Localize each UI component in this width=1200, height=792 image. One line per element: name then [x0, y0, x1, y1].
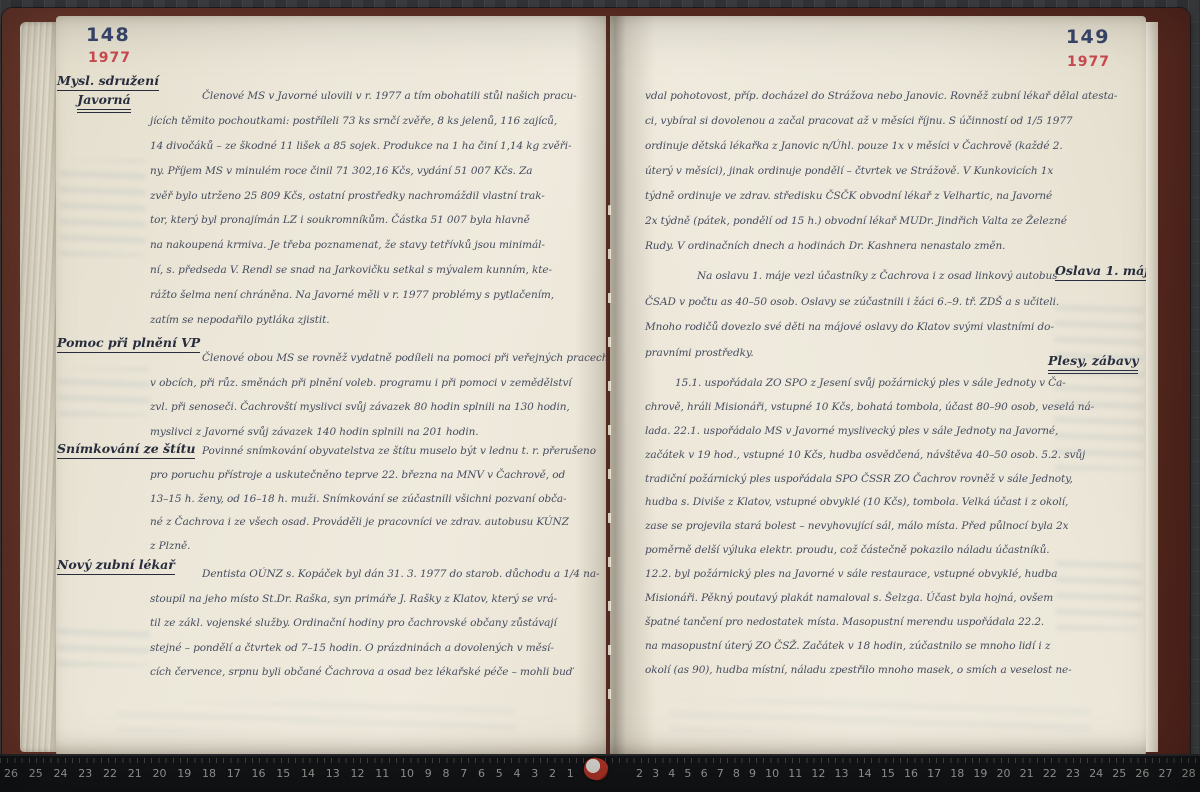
- ruler-number: 17: [227, 767, 241, 780]
- paragraph-public-works: Členové obou MS se rovněž vydatně podíle…: [150, 346, 606, 444]
- ruler-number: 10: [765, 767, 779, 780]
- ruler-number: 16: [904, 767, 918, 780]
- page-left-148: 148 1977 Mysl. sdružení Javorná Pomoc př…: [56, 16, 606, 756]
- ruler-number: 9: [749, 767, 756, 780]
- ruler-number: 21: [1020, 767, 1034, 780]
- ruler-number: 3: [531, 767, 538, 780]
- ruler-numbers-right: 2345678910111213141516171819202122232425…: [636, 767, 1196, 780]
- handwritten-line: týdně ordinuje ve zdrav. středisku ČSČK …: [645, 184, 1127, 209]
- ruler-number: 4: [514, 767, 521, 780]
- handwritten-line: stejné – pondělí a čtvrtek od 7–15 hodin…: [150, 636, 606, 661]
- paragraph-balls: 15.1. uspořádala ZO SPO z Jesení svůj po…: [645, 372, 1123, 683]
- ruler-number: 2: [549, 767, 556, 780]
- ruler-number: 2: [636, 767, 643, 780]
- ruler-number: 11: [375, 767, 389, 780]
- ruler-number: 24: [1089, 767, 1103, 780]
- handwritten-line: hudba s. Diviše z Klatov, vstupné obvykl…: [645, 491, 1123, 515]
- handwritten-line: ci, vybíral si dovolenou a začal pracova…: [645, 109, 1127, 134]
- handwritten-line: Povinné snímkování obyvatelstva ze štítu…: [150, 440, 606, 464]
- ruler-number: 28: [1182, 767, 1196, 780]
- paragraph-hunting: Členové MS v Javorné ulovili v r. 1977 a…: [150, 84, 606, 333]
- ruler-number: 8: [733, 767, 740, 780]
- handwritten-line: na masopustní úterý ZO ČSŽ. Začátek v 18…: [645, 635, 1123, 659]
- margin-heading-hunting-association: Mysl. sdružení Javorná: [57, 72, 151, 113]
- year-stamp-right: 1977: [1040, 54, 1110, 70]
- ruler-number: 25: [1112, 767, 1126, 780]
- scanned-chronicle-photo: 148 1977 Mysl. sdružení Javorná Pomoc př…: [0, 0, 1200, 792]
- handwritten-line: ordinuje dětská lékařka z Janovic n/Úhl.…: [645, 134, 1127, 159]
- handwritten-line: cích července, srpnu byli občané Čachrov…: [150, 660, 606, 685]
- ruler-number: 19: [177, 767, 191, 780]
- ink-bleed-through: [58, 368, 150, 416]
- handwritten-line: Na oslavu 1. máje vezl účastníky z Čachr…: [645, 264, 1127, 290]
- ruler-number: 18: [202, 767, 216, 780]
- page-number-right: 149: [1040, 26, 1110, 48]
- ink-bleed-through: [116, 702, 516, 732]
- ruler-number: 3: [652, 767, 659, 780]
- handwritten-line: zvěř bylo utrženo 25 809 Kčs, ostatní pr…: [150, 184, 606, 209]
- handwritten-line: úterý v měsíci), jinak ordinuje pondělí …: [645, 159, 1127, 184]
- paragraph-dentist: Dentista OÚNZ s. Kopáček byl dán 31. 3. …: [150, 562, 606, 685]
- ruler-number: 20: [997, 767, 1011, 780]
- ruler-number: 7: [460, 767, 467, 780]
- handwritten-line: na nakoupená krmiva. Je třeba poznamenat…: [150, 233, 606, 258]
- handwritten-line: pravními prostředky.: [645, 341, 1127, 367]
- ruler-number: 13: [835, 767, 849, 780]
- ruler-number: 22: [103, 767, 117, 780]
- ruler-number: 23: [78, 767, 92, 780]
- ruler-number: 23: [1066, 767, 1080, 780]
- year-stamp-left: 1977: [88, 50, 131, 66]
- ruler-number: 12: [811, 767, 825, 780]
- handwritten-line: zvl. při senoseči. Čachrovští myslivci s…: [150, 395, 606, 420]
- ruler-number: 16: [252, 767, 266, 780]
- ruler-number: 21: [128, 767, 142, 780]
- handwritten-line: ny. Příjem MS v minulém roce činil 71 30…: [150, 159, 606, 184]
- handwritten-line: poměrně delší výluka elektr. proudu, což…: [645, 539, 1123, 563]
- handwritten-line: né z Čachrova i ze všech osad. Prováděli…: [150, 511, 606, 535]
- ruler-number: 15: [881, 767, 895, 780]
- handwritten-line: Mnoho rodičů dovezlo své děti na májové …: [645, 315, 1127, 341]
- ruler-number: 7: [717, 767, 724, 780]
- ink-bleed-through: [670, 700, 1090, 732]
- page-stack-edge-left: [20, 22, 58, 752]
- handwritten-line: stoupil na jeho místo St.Dr. Raška, syn …: [150, 587, 606, 612]
- ruler-number: 6: [701, 767, 708, 780]
- ruler-number: 14: [301, 767, 315, 780]
- ruler-number: 27: [1159, 767, 1173, 780]
- page-number-left: 148: [86, 24, 130, 46]
- ink-bleed-through: [60, 160, 146, 256]
- ruler-number: 8: [443, 767, 450, 780]
- page-stack-edge-right: [1146, 22, 1158, 752]
- page-right-149: 149 1977 Oslava 1. máje Plesy, zábavy vd…: [610, 16, 1146, 756]
- handwritten-line: začátek v 19 hod., vstupné 10 Kčs, hudba…: [645, 444, 1123, 468]
- binding-stitch-thread: [608, 205, 611, 725]
- ruler-number: 18: [950, 767, 964, 780]
- paragraph-xray: Povinné snímkování obyvatelstva ze štítu…: [150, 440, 606, 559]
- ruler-number: 20: [153, 767, 167, 780]
- handwritten-line: Členové MS v Javorné ulovili v r. 1977 a…: [150, 84, 606, 109]
- handwritten-line: Rudy. V ordinačních dnech a hodinách Dr.…: [645, 234, 1127, 259]
- handwritten-line: rážto šelma není chráněna. Na Javorné mě…: [150, 283, 606, 308]
- ruler-numbers-left: 2625242322212019181716151413121110987654…: [4, 767, 574, 780]
- ruler-number: 26: [4, 767, 18, 780]
- ruler-number: 9: [425, 767, 432, 780]
- handwritten-line: lada. 22.1. uspořádalo MS v Javorné mysl…: [645, 420, 1123, 444]
- ink-bleed-through: [56, 622, 150, 666]
- ruler-number: 19: [973, 767, 987, 780]
- handwritten-line: vdal pohotovost, příp. docházel do Stráž…: [645, 84, 1127, 109]
- handwritten-line: til ze zákl. vojenské služby. Ordinační …: [150, 611, 606, 636]
- ruler-number: 13: [326, 767, 340, 780]
- handwritten-line: 13–15 h. ženy, od 16–18 h. muži. Snímkov…: [150, 488, 606, 512]
- handwritten-line: špatné tančení pro nedostatek místa. Mas…: [645, 611, 1123, 635]
- ruler-number: 5: [684, 767, 691, 780]
- handwritten-line: Dentista OÚNZ s. Kopáček byl dán 31. 3. …: [150, 562, 606, 587]
- ruler-number: 25: [29, 767, 43, 780]
- handwritten-line: v obcích, při růz. směnách při plnění vo…: [150, 371, 606, 396]
- ruler-number: 1: [567, 767, 574, 780]
- ruler-number: 11: [788, 767, 802, 780]
- handwritten-line: ní, s. předseda V. Rendl se snad na Jark…: [150, 258, 606, 283]
- ruler-number: 17: [927, 767, 941, 780]
- handwritten-line: jících těmito pochoutkami: postříleli 73…: [150, 109, 606, 134]
- ruler-number: 4: [668, 767, 675, 780]
- handwritten-line: 12.2. byl požárnický ples na Javorné v s…: [645, 563, 1123, 587]
- ruler-number: 10: [400, 767, 414, 780]
- ruler-number: 12: [351, 767, 365, 780]
- handwritten-line: zatím se nepodařilo pytláka zjistit.: [150, 308, 606, 333]
- handwritten-line: ČSAD v počtu as 40–50 osob. Oslavy se zú…: [645, 290, 1127, 316]
- ruler-number: 5: [496, 767, 503, 780]
- handwritten-line: tradiční požárnický ples uspořádala SPO …: [645, 468, 1123, 492]
- handwritten-line: tor, který byl pronajímán LZ i soukromní…: [150, 208, 606, 233]
- handwritten-line: Členové obou MS se rovněž vydatně podíle…: [150, 346, 606, 371]
- ruler-number: 22: [1043, 767, 1057, 780]
- ruler-number: 26: [1135, 767, 1149, 780]
- handwritten-line: 14 divočáků – ze škodné 11 lišek a 85 so…: [150, 134, 606, 159]
- paragraph-may-day: Na oslavu 1. máje vezl účastníky z Čachr…: [645, 264, 1127, 366]
- handwritten-line: okolí (as 90), hudba místní, náladu zpes…: [645, 659, 1123, 683]
- handwritten-line: pro poruchu přístroje a uskutečněno tepr…: [150, 464, 606, 488]
- handwritten-line: zase se projevila stará bolest – nevyhov…: [645, 515, 1123, 539]
- handwritten-line: Misionáři. Pěkný poutavý plakát namalova…: [645, 587, 1123, 611]
- handwritten-line: z Plzně.: [150, 535, 606, 559]
- handwritten-line: 2x týdně (pátek, pondělí od 15 h.) obvod…: [645, 209, 1127, 234]
- handwritten-line: chrově, hráli Misionáři, vstupné 10 Kčs,…: [645, 396, 1123, 420]
- ruler-number: 14: [858, 767, 872, 780]
- ruler-number: 6: [478, 767, 485, 780]
- handwritten-line: 15.1. uspořádala ZO SPO z Jesení svůj po…: [645, 372, 1123, 396]
- ruler-number: 24: [54, 767, 68, 780]
- ruler-number: 15: [276, 767, 290, 780]
- paragraph-doctors-continued: vdal pohotovost, příp. docházel do Stráž…: [645, 84, 1127, 259]
